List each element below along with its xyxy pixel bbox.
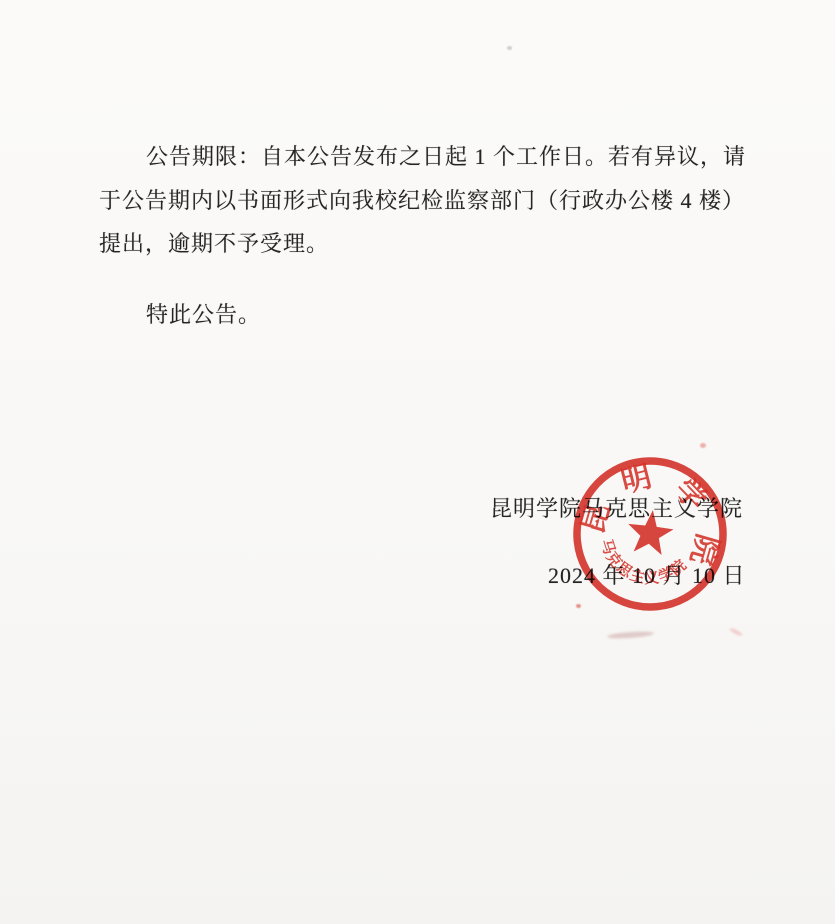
ink-smudge-dot <box>700 443 706 448</box>
ink-smudge-streak <box>607 630 654 639</box>
scan-speck <box>507 46 512 50</box>
closing-line: 特此公告。 <box>146 302 261 327</box>
seal-top-char-4: 院 <box>684 530 724 568</box>
seal-star-icon <box>625 507 676 556</box>
seal-top-char-3: 学 <box>668 473 713 518</box>
seal-top-char-1: 昆 <box>576 500 616 538</box>
document-page: 公告期限：自本公告发布之日起 1 个工作日。若有异议，请 于公告期内以书面形式向… <box>0 0 835 924</box>
announcement-line-1: 公告期限：自本公告发布之日起 1 个工作日。若有异议，请 <box>146 144 746 169</box>
official-seal: 昆 明 学 院 马克思主义学院 <box>565 449 735 619</box>
announcement-line-2: 于公告期内以书面形式向我校纪检监察部门（行政办公楼 4 楼） <box>99 188 745 213</box>
seal-top-char-2: 明 <box>618 460 655 499</box>
ink-smudge-dot <box>729 627 743 637</box>
announcement-line-3: 提出，逾期不予受理。 <box>99 231 329 256</box>
